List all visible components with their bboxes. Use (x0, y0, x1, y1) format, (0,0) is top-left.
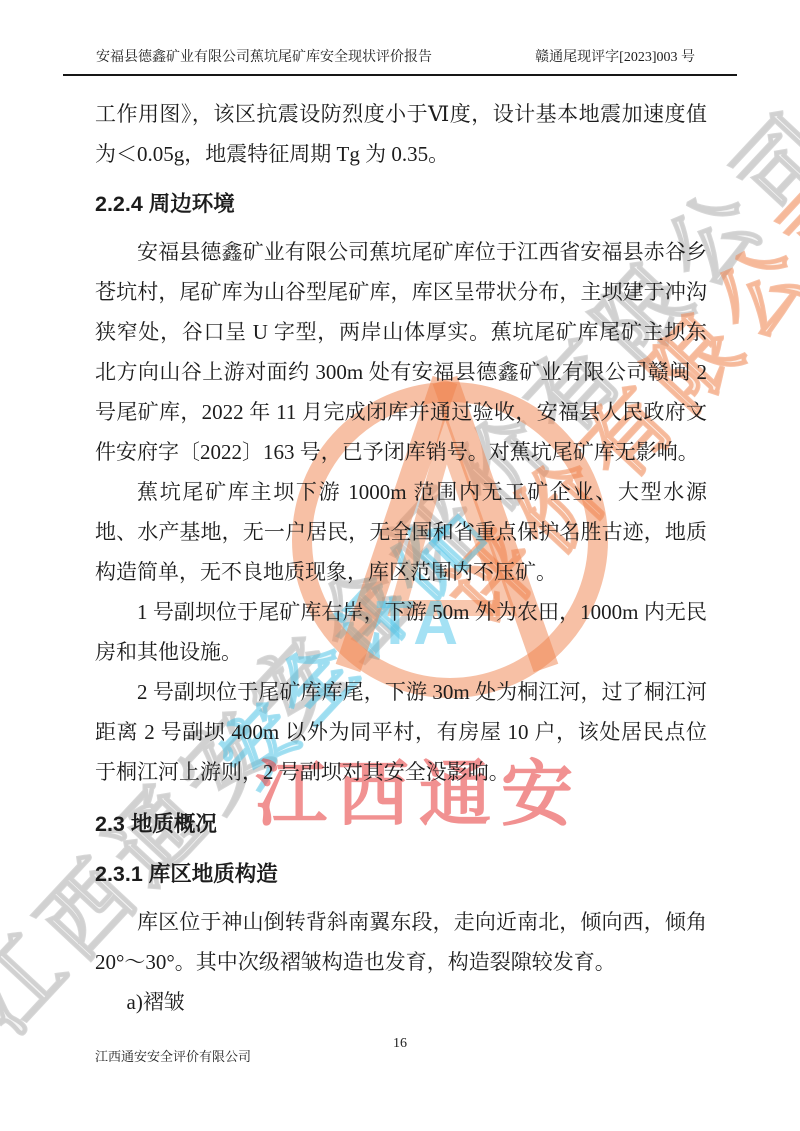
heading-2-3-1: 2.3.1 库区地质构造 (95, 854, 707, 894)
paragraph-geology: 库区位于神山倒转背斜南翼东段，走向近南北，倾向西，倾角 20°～30°。其中次级… (95, 902, 707, 982)
document-body: 工作用图》，该区抗震设防烈度小于Ⅵ度，设计基本地震加速度值为＜0.05g，地震特… (95, 94, 707, 1022)
heading-2-2-4: 2.2.4 周边环境 (95, 184, 707, 224)
document-page: 江西通安安全评价有限公司 评价有限公司 安全评价 TA 江西通安 安福县德鑫矿业… (0, 0, 800, 1131)
paragraph-downstream: 蕉坑尾矿库主坝下游 1000m 范围内无工矿企业、大型水源地、水产基地，无一户居… (95, 472, 707, 592)
paragraph-auxiliary-dam-2: 2 号副坝位于尾矿库库尾，下游 30m 处为桐江河，过了桐江河距离 2 号副坝 … (95, 672, 707, 792)
header-report-title: 安福县德鑫矿业有限公司蕉坑尾矿库安全现状评价报告 (96, 50, 432, 66)
paragraph-fold-label: a)褶皱 (95, 982, 707, 1022)
paragraph-location: 安福县德鑫矿业有限公司蕉坑尾矿库位于江西省安福县赤谷乡苍坑村，尾矿库为山谷型尾矿… (95, 232, 707, 472)
running-header: 安福县德鑫矿业有限公司蕉坑尾矿库安全现状评价报告 赣通尾现评字[2023]003… (63, 50, 737, 76)
paragraph-auxiliary-dam-1: 1 号副坝位于尾矿库右岸，下游 50m 外为农田，1000m 内无民房和其他设施… (95, 592, 707, 672)
paragraph-seismic: 工作用图》，该区抗震设防烈度小于Ⅵ度，设计基本地震加速度值为＜0.05g，地震特… (95, 94, 707, 174)
footer-company-name: 江西通安安全评价有限公司 (95, 1046, 251, 1065)
heading-2-3: 2.3 地质概况 (95, 804, 707, 844)
header-document-number: 赣通尾现评字[2023]003 号 (535, 50, 695, 66)
